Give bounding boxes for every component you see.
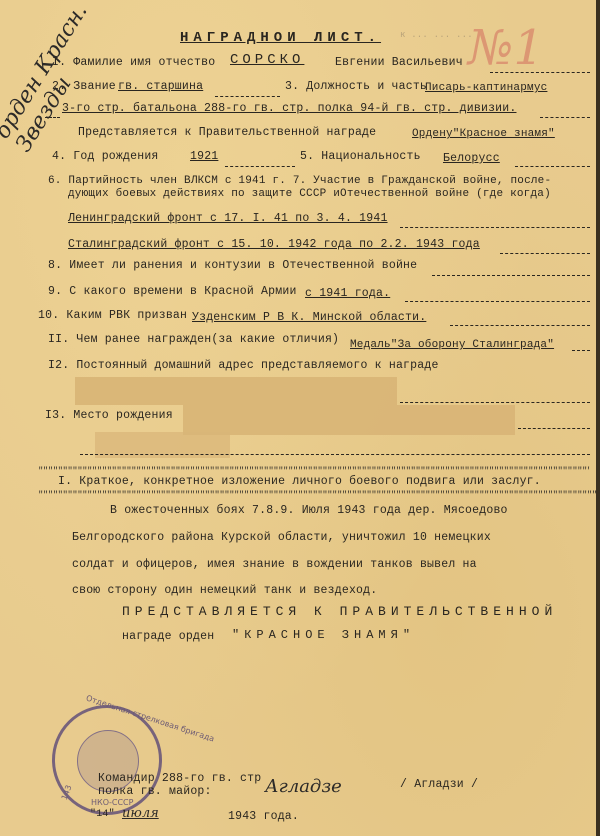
dash-line <box>400 402 590 403</box>
nominated-label: Представляется к Правительственной награ… <box>78 126 376 139</box>
date-year: 1943 года. <box>228 810 299 823</box>
stamp-text-left: 143 <box>60 784 74 801</box>
date-day: "14" <box>90 809 115 820</box>
section-heading: I. Краткое, конкретное изложение личного… <box>58 475 541 488</box>
award-sheet-document: №1 к ... ... ... НАГРАДНОИ ЛИСТ. орден К… <box>0 0 600 836</box>
dash-line <box>225 166 295 167</box>
dash-line <box>45 117 60 118</box>
field-10-value: Узденским Р В К. Минской области. <box>192 311 426 324</box>
dash-line <box>500 253 590 254</box>
narrative-line-4: свою сторону один немецкий танк и вездех… <box>72 584 377 597</box>
field-11-label: II. Чем ранее награжден(за какие отличия… <box>48 333 339 346</box>
dash-line <box>432 275 590 276</box>
dash-line <box>572 350 590 351</box>
field-2-label: 2. Звание <box>52 80 116 93</box>
field-12-label: I2. Постоянный домашний адрес представля… <box>48 359 439 372</box>
field-10-label: 10. Каким РВК призван <box>38 309 187 322</box>
field-6-label: 6. Партийность член ВЛКСМ с 1941 г. 7. У… <box>48 175 551 187</box>
field-3-value-line2: 3-го стр. батальона 288-го гв. стр. полк… <box>62 102 516 115</box>
faded-note: к ... ... ... <box>400 30 473 40</box>
field-3-value-line1: Писарь-каптинармус <box>425 82 547 94</box>
field-1-name: Евгении Васильевич <box>335 56 463 69</box>
field-4-label: 4. Год рождения <box>52 150 159 163</box>
field-13-label: I3. Место рождения <box>45 409 173 422</box>
dash-line <box>215 96 280 97</box>
field-9-label: 9. С какого времени в Красной Армии <box>48 285 297 298</box>
nominated-value: Ордену"Красное знамя" <box>412 128 555 140</box>
field-11-value: Медаль"За оборону Сталинграда" <box>350 339 554 351</box>
field-3-label: 3. Должность и часть <box>285 80 427 93</box>
narrative-line-1: В ожесточенных боях 7.8.9. Июля 1943 год… <box>110 504 508 517</box>
conclusion-line-2-prefix: награде орден <box>122 630 214 643</box>
field-7-value-line2: Сталинградский фронт с 15. 10. 1942 года… <box>68 238 480 251</box>
redacted-address <box>75 377 397 405</box>
field-1-label: I. Фамилие имя отчество <box>52 56 215 69</box>
dash-line <box>518 428 590 429</box>
dash-line <box>515 166 590 167</box>
official-stamp: Отдельная стрелковая бригада НКО-СССР 14… <box>52 705 162 815</box>
redacted-birthplace <box>183 405 515 435</box>
conclusion-line-1: ПРЕДСТАВЛЯЕТСЯ К ПРАВИТЕЛЬСТВЕННОЙ <box>122 604 557 619</box>
dash-line <box>400 227 590 228</box>
field-5-value: Белорусс <box>443 152 500 165</box>
quote-separator: """"""""""""""""""""""""""""""""""""""""… <box>38 490 598 500</box>
dash-line <box>490 72 590 73</box>
field-6-label-line2: дующих боевых действиях по защите СССР и… <box>68 188 551 200</box>
handwritten-signature: Агладзе <box>265 776 342 797</box>
commander-typed-name: / Агладзи / <box>400 778 478 791</box>
date-month: июля <box>122 806 222 821</box>
dash-line <box>540 117 590 118</box>
red-handwritten-mark: №1 <box>468 20 544 76</box>
commander-role-line-2: полка гв. майор: <box>98 785 212 798</box>
dash-line <box>405 301 590 302</box>
narrative-line-3: солдат и офицеров, имея знание в вождени… <box>72 558 477 571</box>
document-title: НАГРАДНОИ ЛИСТ. <box>180 30 381 46</box>
narrative-line-2: Белгородского района Курской области, ун… <box>72 531 491 544</box>
field-4-value: 1921 <box>190 150 218 163</box>
commander-role-line-1: Командир 288-го гв. стр <box>98 772 261 785</box>
field-5-label: 5. Национальность <box>300 150 421 163</box>
field-7-value-line1: Ленинградский фронт с 17. I. 41 по 3. 4.… <box>68 212 388 225</box>
field-2-value: гв. старшина <box>118 80 203 93</box>
field-1-surname: СОРСКО <box>230 52 304 68</box>
dash-line <box>450 325 590 326</box>
field-8-label: 8. Имеет ли ранения и контузии в Отечест… <box>48 259 417 272</box>
dash-line <box>80 454 590 455</box>
field-9-value: с 1941 года. <box>305 287 390 300</box>
conclusion-line-2-value: "КРАСНОЕ ЗНАМЯ" <box>232 628 415 642</box>
